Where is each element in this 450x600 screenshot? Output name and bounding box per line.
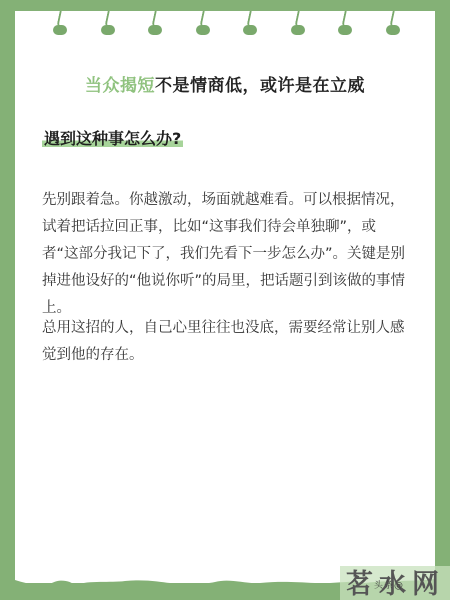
- spiral-ring-icon: [290, 11, 306, 41]
- paragraph-advice: 先别跟着急。你越激动，场面就越难看。可以根据情况，试着把话拉回正事，比如“这事我…: [42, 187, 412, 322]
- section-heading: 遇到这种事怎么办?: [42, 126, 183, 149]
- spiral-ring-icon: [242, 11, 258, 41]
- title-rest: 不是情商低，或许是在立威: [155, 76, 365, 96]
- title-accent: 当众揭短: [85, 76, 155, 96]
- spiral-ring-icon: [385, 11, 401, 41]
- watermark-caption: 头条@: [374, 578, 404, 591]
- spiral-ring-icon: [147, 11, 163, 41]
- spiral-ring-icon: [100, 11, 116, 41]
- spiral-ring-icon: [337, 11, 353, 41]
- binder-rings: [15, 11, 435, 51]
- paragraph-insight: 总用这招的人，自己心里往往也没底，需要经常让别人感觉到他的存在。: [42, 315, 412, 369]
- page-title: 当众揭短不是情商低，或许是在立威: [15, 71, 435, 96]
- spiral-ring-icon: [195, 11, 211, 41]
- notebook-page: 当众揭短不是情商低，或许是在立威 遇到这种事怎么办? 先别跟着急。你越激动，场面…: [15, 11, 435, 583]
- spiral-ring-icon: [52, 11, 68, 41]
